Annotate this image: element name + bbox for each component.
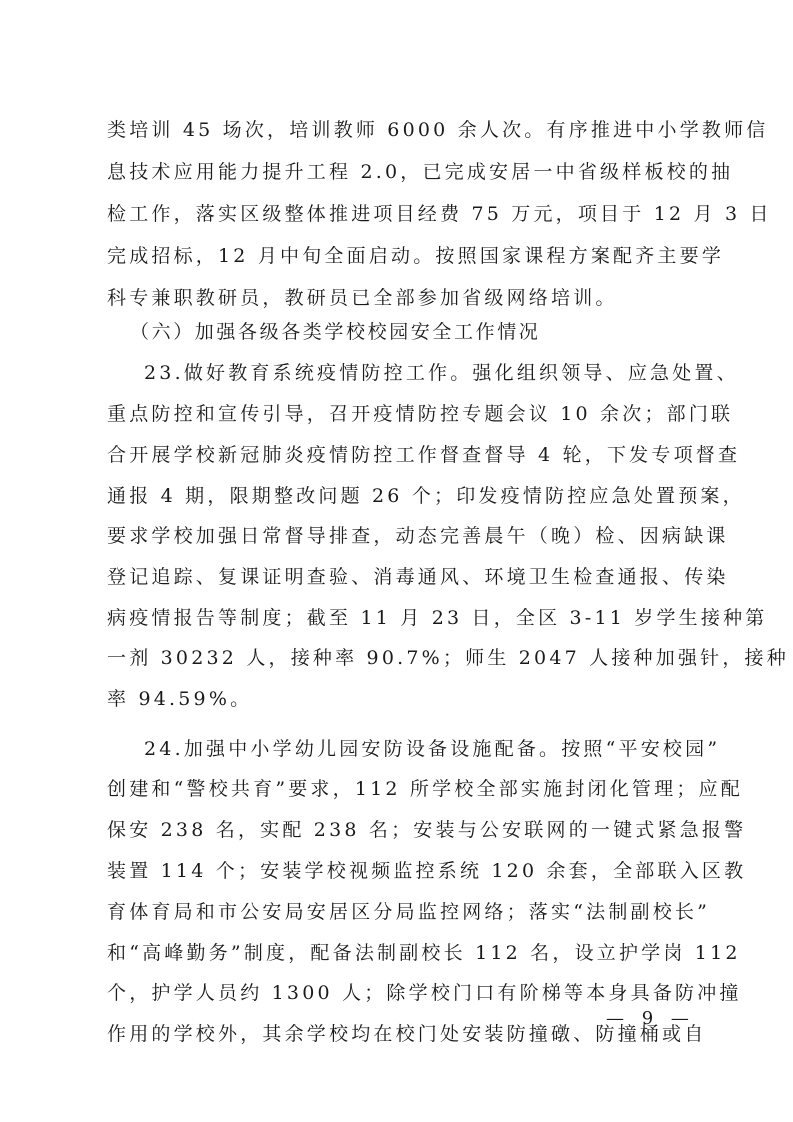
paragraph-first-line: 23.做好教育系统疫情防控工作。强化组织领导、应急处置、 — [144, 361, 687, 385]
text-line: 合开展学校新冠肺炎疫情防控工作督查督导 4 轮，下发专项督查 — [107, 443, 687, 467]
page-number: — 9 — — [606, 1008, 695, 1030]
text-line: 重点防控和宣传引导，召开疫情防控专题会议 10 余次；部门联 — [107, 402, 687, 426]
text-line: 育体育局和市公安局安居区分局监控网络；落实“法制副校长” — [107, 900, 687, 924]
text-line: 一剂 30232 人，接种率 90.7%；师生 2047 人接种加强针，接种 — [107, 646, 687, 670]
text-line: 保安 238 名，实配 238 名；安装与公安联网的一键式紧急报警 — [107, 818, 687, 842]
text-line: 作用的学校外，其余学校均在校门处安装防撞礅、防撞桶或自 — [107, 1022, 687, 1046]
text-line: 息技术应用能力提升工程 2.0，已完成安居一中省级样板校的抽 — [107, 160, 687, 184]
text-line: 要求学校加强日常督导排查，动态完善晨午（晚）检、因病缺课 — [107, 524, 687, 548]
text-line: 完成招标，12 月中旬全面启动。按照国家课程方案配齐主要学 — [107, 244, 687, 268]
text-line: 和“高峰勤务”制度，配备法制副校长 112 名，设立护学岗 112 — [107, 941, 687, 965]
text-line: 装置 114 个；安装学校视频监控系统 120 余套，全部联入区教 — [107, 859, 687, 883]
text-line: 率 94.59%。 — [107, 687, 687, 711]
text-line: 病疫情报告等制度；截至 11 月 23 日，全区 3-11 岁学生接种第 — [107, 606, 687, 630]
text-line: 检工作，落实区级整体推进项目经费 75 万元，项目于 12 月 3 日 — [107, 202, 687, 226]
document-page: 类培训 45 场次，培训教师 6000 余人次。有序推进中小学教师信息技术应用能… — [0, 0, 793, 1122]
text-line: 登记追踪、复课证明查验、消毒通风、环境卫生检查通报、传染 — [107, 565, 687, 589]
text-line: 个，护学人员约 1300 人；除学校门口有阶梯等本身具备防冲撞 — [107, 981, 687, 1005]
text-line: 创建和“警校共育”要求，112 所学校全部实施封闭化管理；应配 — [107, 777, 687, 801]
text-line: 科专兼职教研员，教研员已全部参加省级网络培训。 — [107, 286, 687, 310]
text-line: 通报 4 期，限期整改问题 26 个；印发疫情防控应急处置预案， — [107, 484, 687, 508]
text-line: 类培训 45 场次，培训教师 6000 余人次。有序推进中小学教师信 — [107, 118, 687, 142]
section-heading: （六）加强各级各类学校校园安全工作情况 — [130, 320, 710, 344]
paragraph-first-line: 24.加强中小学幼儿园安防设备设施配备。按照“平安校园” — [144, 737, 687, 761]
